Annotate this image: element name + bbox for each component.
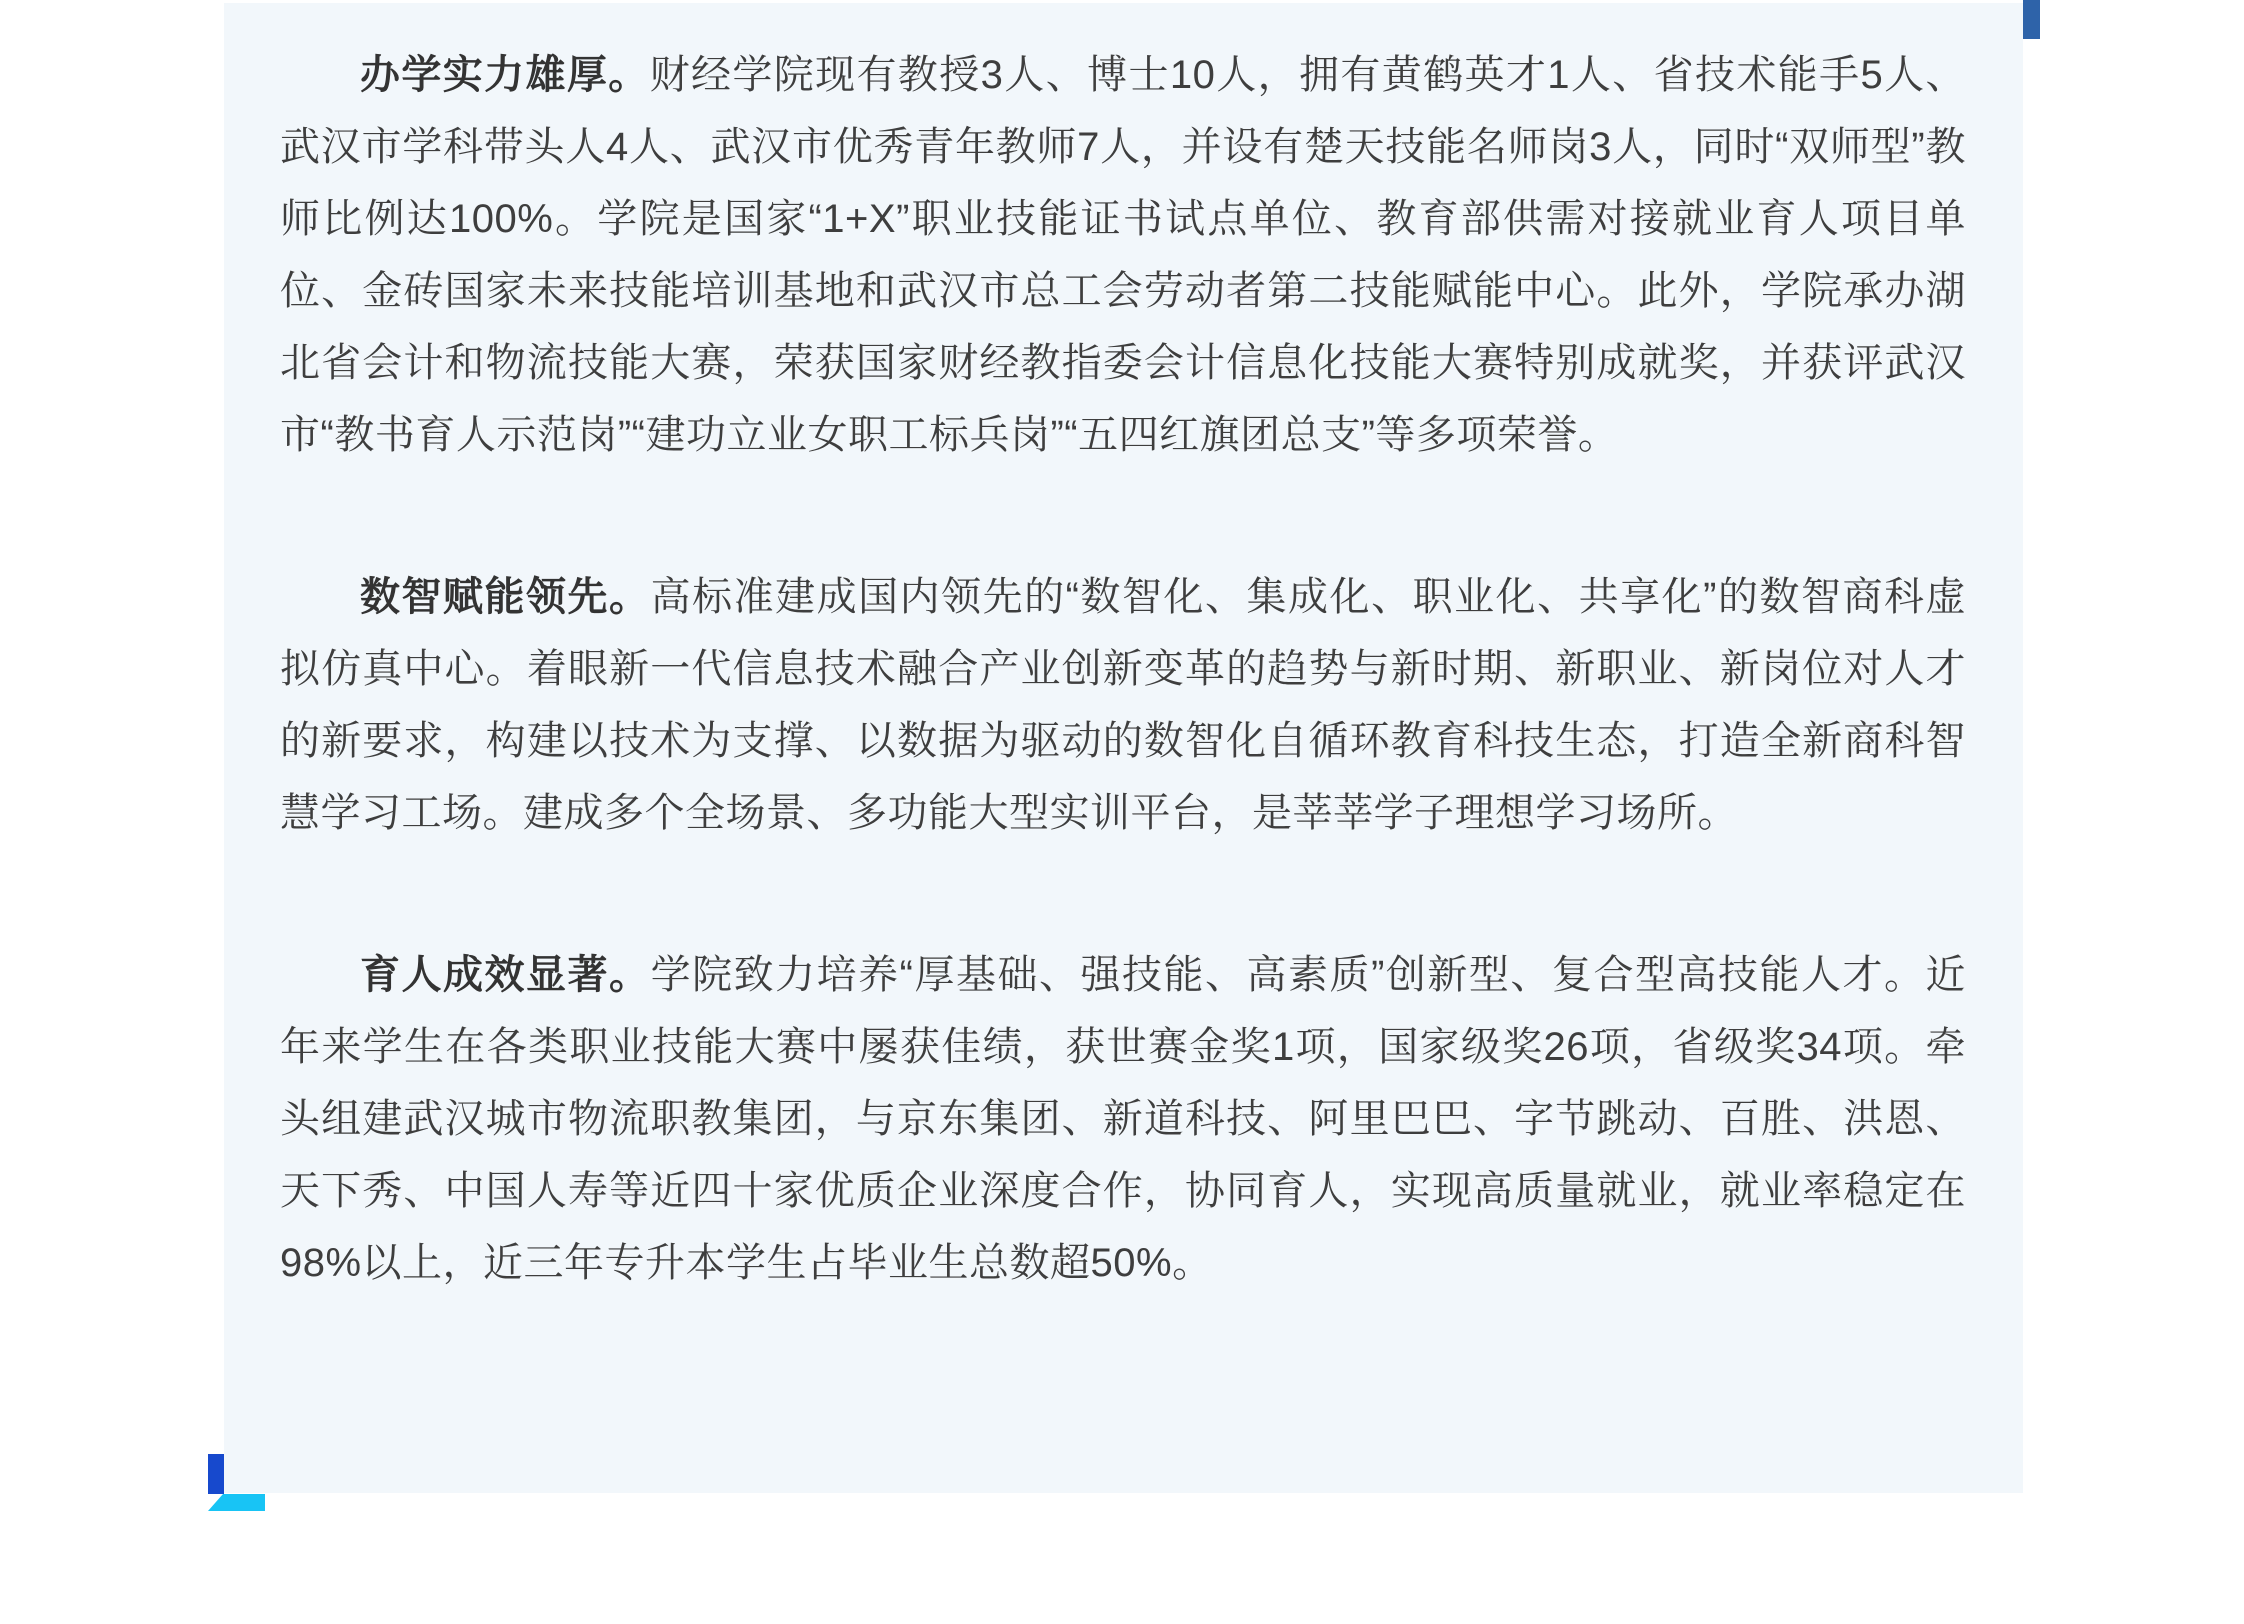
paragraph-lead: 数智赋能领先。 xyxy=(360,575,651,619)
paragraph-digital-intelligence: 数智赋能领先。高标准建成国内领先的“数智化、集成化、职业化、共享化”的数智商科虚… xyxy=(280,561,1966,849)
paragraph-body-text: 学院致力培养“厚基础、强技能、高素质”创新型、复合型高技能人才。近年来学生在各类… xyxy=(280,953,1966,1285)
paragraph-lead: 办学实力雄厚。 xyxy=(360,53,650,97)
bottom-left-accent-cyan-ribbon xyxy=(208,1494,265,1511)
article-content-panel: 办学实力雄厚。财经学院现有教授3人、博士10人，拥有黄鹤英才1人、省技术能手5人… xyxy=(224,3,2023,1493)
paragraph-school-strength: 办学实力雄厚。财经学院现有教授3人、博士10人，拥有黄鹤英才1人、省技术能手5人… xyxy=(280,39,1966,471)
article-body: 办学实力雄厚。财经学院现有教授3人、博士10人，拥有黄鹤英才1人、省技术能手5人… xyxy=(224,3,2023,1299)
paragraph-education-results: 育人成效显著。学院致力培养“厚基础、强技能、高素质”创新型、复合型高技能人才。近… xyxy=(280,939,1966,1299)
bottom-left-accent-bar xyxy=(208,1454,224,1494)
article-page: 办学实力雄厚。财经学院现有教授3人、博士10人，拥有黄鹤英才1人、省技术能手5人… xyxy=(0,0,2244,1624)
paragraph-lead: 育人成效显著。 xyxy=(360,953,651,997)
paragraph-body-text: 财经学院现有教授3人、博士10人，拥有黄鹤英才1人、省技术能手5人、武汉市学科带… xyxy=(280,53,1966,457)
top-right-accent-bar xyxy=(2023,0,2040,39)
